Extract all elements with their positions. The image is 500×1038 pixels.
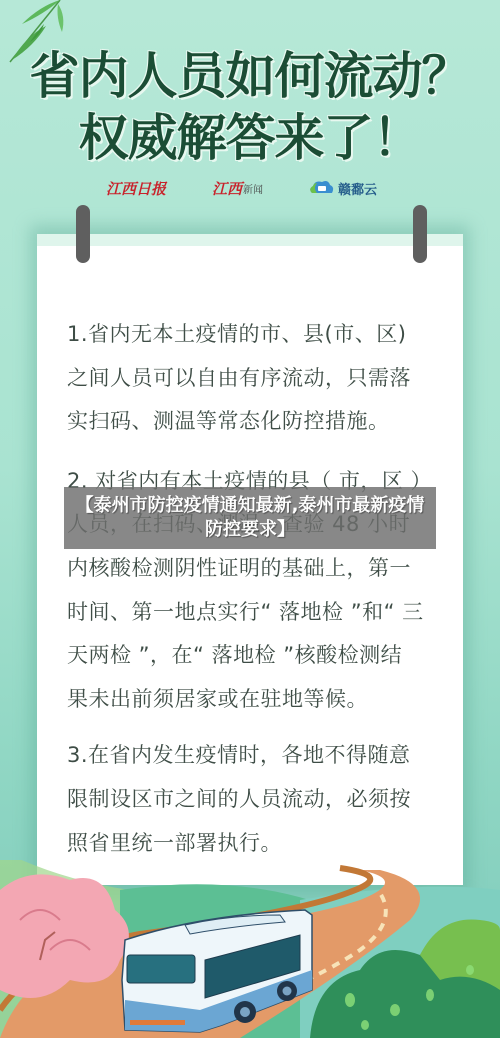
notice-item-1: 1.省内无本土疫情的市、县(市、区) 之间人员可以自由有序流动，只需落 实扫码、…: [67, 313, 439, 444]
notice-item-3: 3.在省内发生疫情时，各地不得随意 限制设区市之间的人员流动，必须按 照省里统一…: [67, 734, 439, 865]
item-line: 之间人员可以自由有序流动，只需落: [67, 357, 439, 401]
bus-road-illustration: [0, 860, 500, 1038]
poster-title-line1: 省内人员如何流动？: [0, 48, 500, 104]
logo-jiangxi-news: 江西 新闻: [212, 176, 263, 200]
item-line: 1.省内无本土疫情的市、县(市、区): [67, 313, 439, 357]
item-line: 内核酸检测阴性证明的基础上，第一: [67, 547, 439, 591]
item-line: 时间、第一地点实行“ 落地检 ”和“ 三: [67, 591, 439, 635]
item-line: 限制设区市之间的人员流动，必须按: [67, 778, 439, 822]
logo-ganpoyun: 赣鄱云: [308, 176, 377, 200]
item-line: 天两检 ”，在“ 落地检 ”核酸检测结: [67, 634, 439, 678]
item-line: 照省里统一部署执行。: [67, 822, 439, 866]
caption-overlay: 【泰州市防控疫情通知最新,泰州市最新疫情防控要求】: [64, 487, 436, 549]
logo-jiangxi-daily: 江西日报: [106, 176, 166, 200]
logo-jiangxi-news-text: 江西: [212, 178, 242, 199]
logo-jiangxi-daily-text: 江西日报: [106, 178, 166, 199]
logo-jiangxi-news-sub: 新闻: [243, 181, 263, 196]
item-line: 3.在省内发生疫情时，各地不得随意: [67, 734, 439, 778]
media-logos: 江西日报 江西 新闻 赣鄱云: [0, 176, 500, 200]
card-top-strip: [37, 234, 463, 246]
caption-text: 【泰州市防控疫情通知最新,泰州市最新疫情防控要求】: [70, 494, 430, 542]
logo-ganpoyun-text: 赣鄱云: [338, 179, 377, 198]
notice-items: 1.省内无本土疫情的市、县(市、区) 之间人员可以自由有序流动，只需落 实扫码、…: [67, 313, 439, 865]
cloud-logo-icon: [308, 179, 334, 197]
item-line: 果未出前须居家或在驻地等候。: [67, 678, 439, 722]
poster-title-line2: 权威解答来了！: [0, 110, 500, 166]
item-line: 实扫码、测温等常态化防控措施。: [67, 400, 439, 444]
